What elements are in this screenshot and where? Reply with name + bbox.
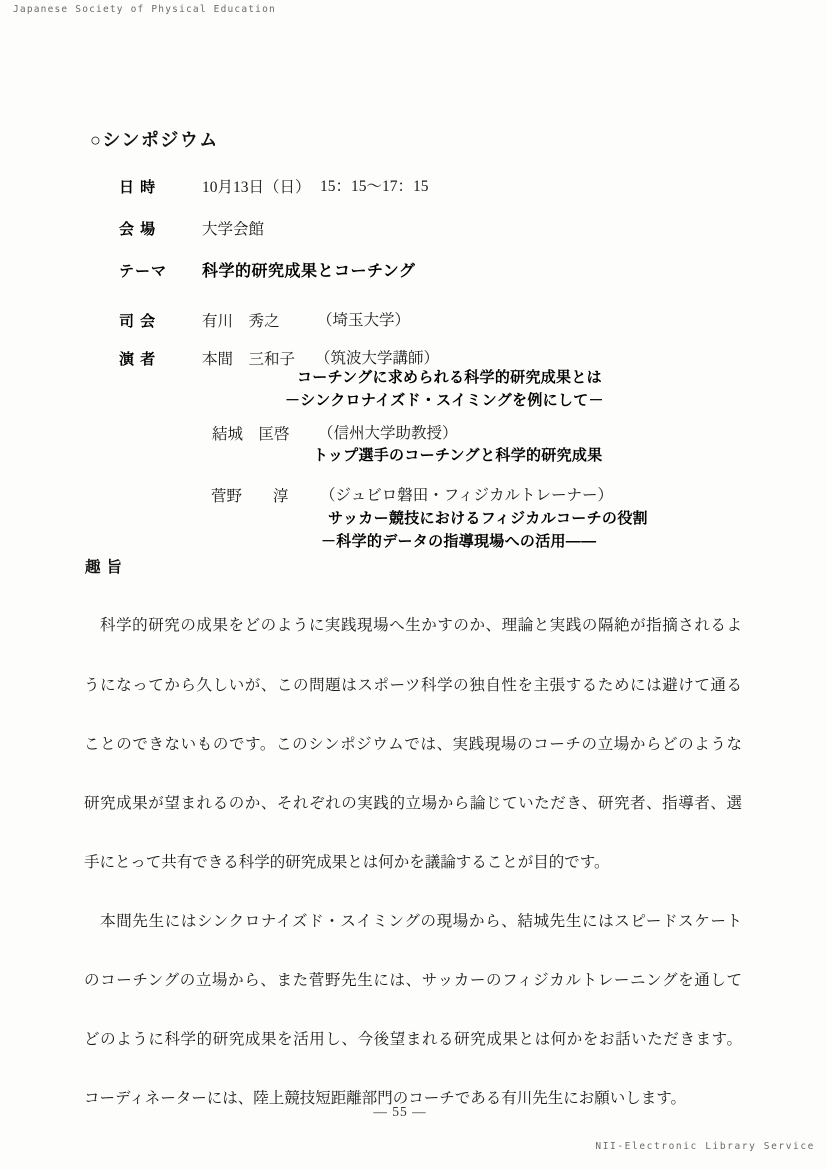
speaker-affiliation: （信州大学助教授） <box>318 421 458 443</box>
abstract-line: ことのできないものです。このシンポジウムでは、実践現場のコーチの立場からどのよう… <box>84 735 742 755</box>
abstract-label: 趣 旨 <box>85 555 123 577</box>
speaker-talk-title: トップ選手のコーチングと科学的研究成果 <box>313 444 603 465</box>
abstract-line: のコーチングの立場から、また菅野先生には、サッカーのフィジカルトレーニングを通し… <box>84 971 742 991</box>
abstract-line: 本間先生にはシンクロナイズド・スイミングの現場から、結城先生にはスピードスケート <box>84 912 742 932</box>
document-page: Japanese Society of Physical Education ○… <box>0 0 827 1170</box>
speaker-talk-title: コーチングに求められる科学的研究成果とは <box>297 366 602 387</box>
abstract-line: どのように科学的研究成果を活用し、今後望まれる研究成果とは何かをお話いただきます… <box>84 1030 742 1050</box>
abstract-body: 科学的研究の成果をどのように実践現場へ生かすのか、理論と実践の隔絶が指摘されるよ… <box>84 577 742 1148</box>
speaker-name: 結城 匡啓 <box>212 422 290 444</box>
field-label-datetime: 日 時 <box>119 176 156 197</box>
scan-footer: NII-Electronic Library Service <box>595 1141 815 1152</box>
scan-header: Japanese Society of Physical Education <box>13 4 276 15</box>
speaker-talk-subtitle: －シンクロナイズド・スイミングを例にして－ <box>285 389 604 410</box>
speaker-talk-subtitle: －科学的データの指導現場への活用―― <box>321 530 596 551</box>
abstract-line: うになってから久しいが、この問題はスポーツ科学の独自性を主張するためには避けて通… <box>84 676 742 696</box>
abstract-line: 研究成果が望まれるのか、それぞれの実践的立場から論じていただき、研究者、指導者、… <box>84 794 742 814</box>
page-number: ― 55 ― <box>330 1104 470 1120</box>
speaker-affiliation: （筑波大学講師） <box>315 346 439 368</box>
field-value-date: 10月13日（日） <box>202 175 311 197</box>
field-value-venue: 大学会館 <box>202 217 264 239</box>
speaker-talk-title: サッカー競技におけるフィジカルコーチの役割 <box>328 507 648 528</box>
chair-name: 有川 秀之 <box>202 309 280 331</box>
speaker-affiliation: （ジュビロ磐田・フィジカルトレーナー） <box>320 483 613 505</box>
field-label-theme: テーマ <box>119 260 167 281</box>
field-label-speakers: 演 者 <box>119 348 156 369</box>
chair-affiliation: （埼玉大学） <box>317 308 410 330</box>
field-label-venue: 会 場 <box>119 218 156 239</box>
speaker-name: 本間 三和子 <box>202 347 295 369</box>
abstract-line: 科学的研究の成果をどのように実践現場へ生かすのか、理論と実践の隔絶が指摘されるよ <box>84 616 742 636</box>
field-value-theme: 科学的研究成果とコーチング <box>202 258 415 281</box>
speaker-name: 菅野 淳 <box>211 484 289 506</box>
symposium-title: ○シンポジウム <box>90 126 219 152</box>
field-value-time: 15：15～17：15 <box>320 174 429 196</box>
field-label-chair: 司 会 <box>119 310 156 331</box>
abstract-line: 手にとって共有できる科学的研究成果とは何かを議論することが目的です。 <box>84 853 742 873</box>
